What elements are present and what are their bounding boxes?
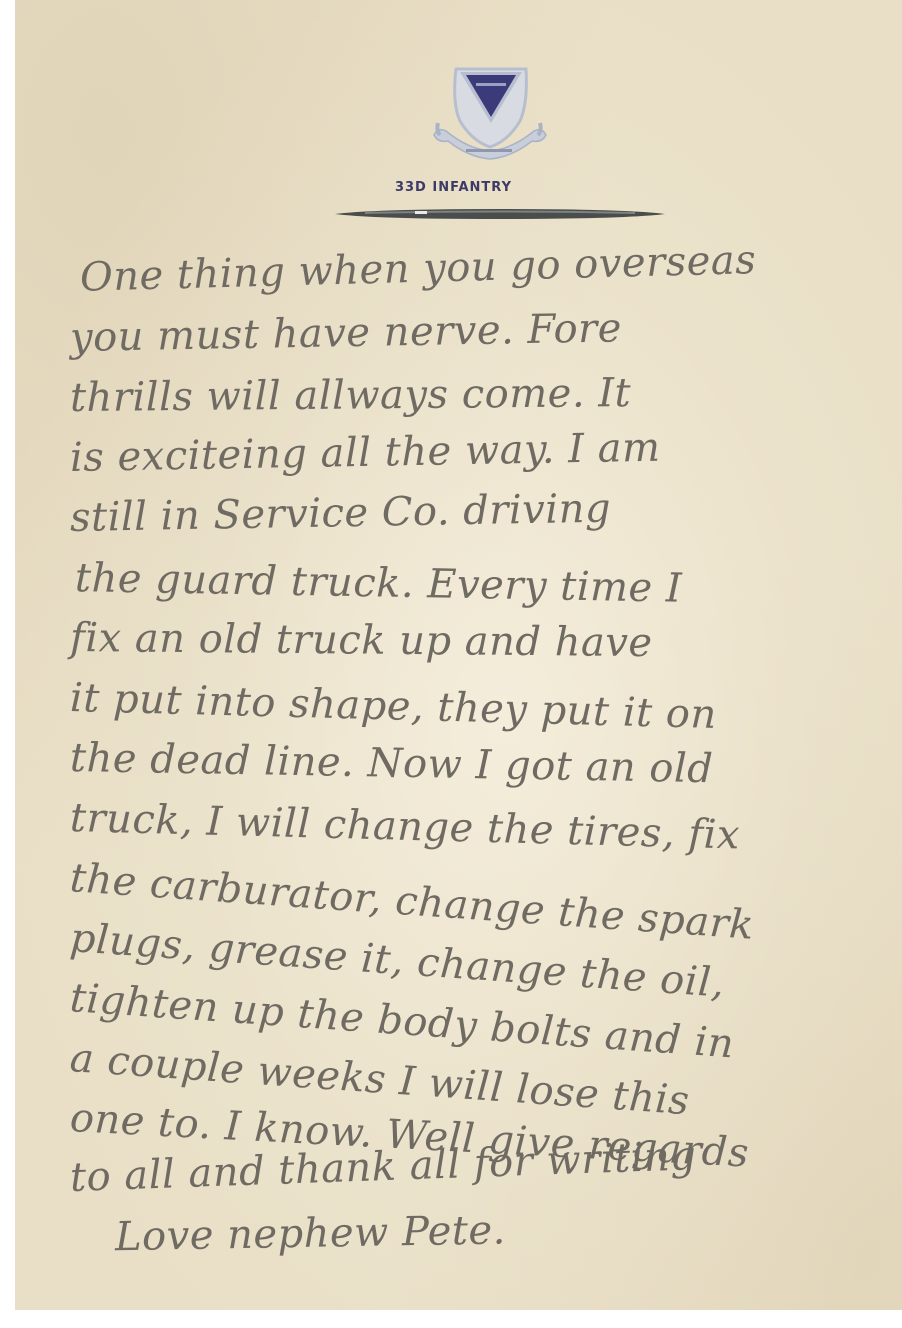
letterhead-rule [335,206,665,220]
letter-paper: 33D INFANTRY One thing when you go overs… [15,0,902,1310]
letter-body: One thing when you go overseas you must … [70,248,900,1268]
letterhead-title: 33D INFANTRY [5,180,902,195]
letter-line: fix an old truck up and have [70,608,900,675]
letter-signature: Love nephew Pete. [69,1194,900,1268]
regimental-crest-icon [428,63,550,163]
